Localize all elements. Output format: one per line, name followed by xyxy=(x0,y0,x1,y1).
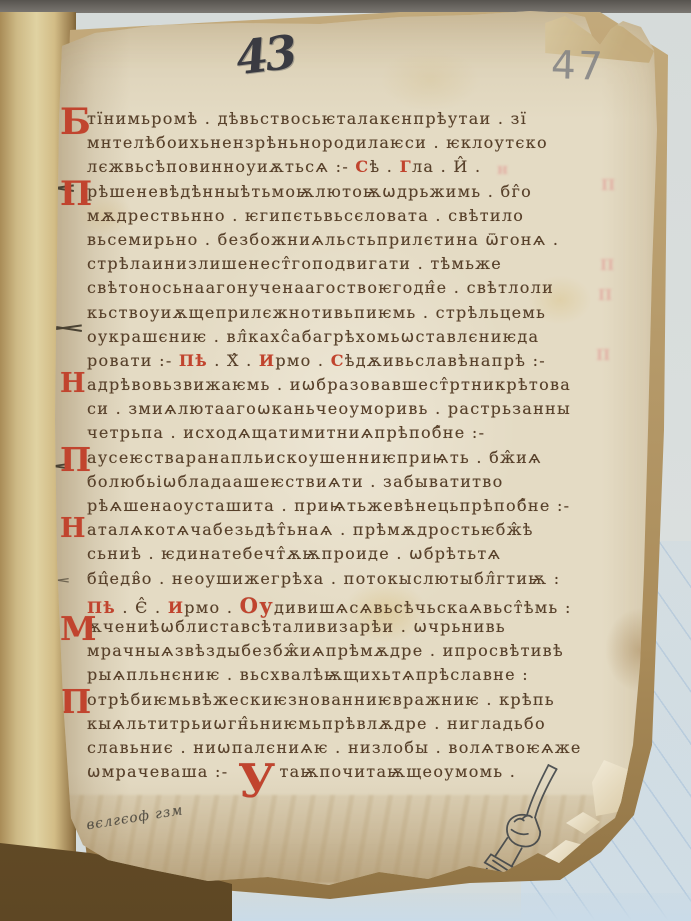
text-segment: рмо . xyxy=(275,351,330,370)
text-line: кьствоуиѫщеприлєжнотивьпиѥмь . стрѣльцем… xyxy=(87,303,632,327)
text-segment: аталѧкотѧчабезьдѣт̂ьнаѧ . прѣмѫдростьѥбж… xyxy=(87,520,534,539)
text-line: ѫчениѣѡблиставсѣталивизарѣи . ѡчрьнивь xyxy=(87,617,632,641)
illuminated-initial: П xyxy=(60,443,91,476)
text-line: лєжвьсѣповинноуиѫтьсѧ :- Сѣ . Гла . И̂ . xyxy=(87,157,632,181)
illuminated-initial: М xyxy=(60,612,97,645)
text-line: мѫдрествьнно . ѥгипєтьвьсєловата . свѣти… xyxy=(87,206,632,230)
text-segment: свѣтоносьнаагонученаагоствоѥгодн̂е . свѣ… xyxy=(87,278,554,297)
folio-number-ink: 43 xyxy=(233,25,297,86)
text-line: вьсемирьно . безбожниѧльстьприлєтина ѿго… xyxy=(87,230,632,254)
text-line: сьниѣ . ѥдинатебечт̂ѫѭпроиде . ѡбрѣтьтѧ xyxy=(87,544,632,568)
text-line: аталѧкотѧчабезьдѣт̂ьнаѧ . прѣмѫдростьѥбж… xyxy=(87,520,632,544)
text-segment: . Є̂ . xyxy=(116,598,168,617)
parchment-page: 43 47 тїнимьромѣ . дѣвьствосьѥталакєнпрѣ… xyxy=(0,0,691,921)
text-segment: славьниє . ниѡпалєниѧѥ . низлобы . волѧт… xyxy=(87,738,582,757)
text-segment: рмо . xyxy=(184,598,239,617)
text-line: рѣшеневѣдѣнныѣтьмоѭлютоѭѡдрьжимь . бг̂о xyxy=(87,182,632,206)
bleed-through-mark: П xyxy=(598,286,612,304)
text-segment: вьсемирьно . безбожниѧльстьприлєтина ѿго… xyxy=(87,230,559,249)
text-line: адрѣвовьзвижаѥмь . иѡбразовавшест̂ртникр… xyxy=(87,375,632,399)
text-line: ровати :- Пѣ . Х̂ . Ирмо . Сѣдѫивьславѣн… xyxy=(87,351,632,375)
folio-number-pencil: 47 xyxy=(550,43,605,90)
text-line: рѣѧшенаоусташита . приѩтьжевѣнецьпрѣпоб̂… xyxy=(87,496,632,520)
text-segment: стрѣлаинизлишенест̂гоподвигати . тѣмьже xyxy=(87,254,502,273)
text-line: стрѣлаинизлишенест̂гоподвигати . тѣмьже xyxy=(87,254,632,278)
rubric-segment: Пѣ xyxy=(179,351,208,370)
text-segment: ровати :- xyxy=(87,351,179,370)
rubric-segment: С xyxy=(331,351,345,370)
text-line: си . змиѧлютаагоѡканьчеоуморивь . растрь… xyxy=(87,399,632,423)
text-segment: ѫчениѣѡблиставсѣталивизарѣи . ѡчрьнивь xyxy=(87,617,506,636)
text-line: четрьпа . исходѧщатимитниѧпрѣпоб̂не :- xyxy=(87,423,632,447)
illuminated-initial: П xyxy=(60,177,92,211)
text-segment: кьствоуиѫщеприлєжнотивьпиѥмь . стрѣльцем… xyxy=(87,303,546,322)
text-segment: сьниѣ . ѥдинатебечт̂ѫѭпроиде . ѡбрѣтьтѧ xyxy=(87,544,501,563)
rubric-segment: С xyxy=(355,157,369,176)
photo-background-bottom xyxy=(200,893,691,921)
text-segment: си . змиѧлютаагоѡканьчеоуморивь . растрь… xyxy=(87,399,571,418)
text-segment: рыѧпльнєниѥ . вьсхвалѣѭщихьтѧпрѣславне : xyxy=(87,665,529,684)
rubric-segment: И xyxy=(259,351,275,370)
text-segment: четрьпа . исходѧщатимитниѧпрѣпоб̂не :- xyxy=(87,423,485,442)
illuminated-initial: Н xyxy=(60,515,86,542)
text-segment: мнтелѣбоихьнензрѣньнородилаѥси . ѥклоутє… xyxy=(87,133,548,152)
text-line: славьниє . ниѡпалєниѧѥ . низлобы . волѧт… xyxy=(87,738,632,762)
text-segment: тїнимьромѣ . дѣвьствосьѥталакєнпрѣутаи .… xyxy=(87,109,527,128)
text-line: аусеѥстваранапльискоушенниѥприѩть . бж̂и… xyxy=(87,448,632,472)
rubric-segment: У xyxy=(238,771,277,791)
text-segment: ѣдѫивьславѣнапрѣ :- xyxy=(345,351,546,370)
text-segment: мѫдрествьнно . ѥгипєтьвьсєловата . свѣти… xyxy=(87,206,524,225)
sewing-station xyxy=(56,324,82,333)
manuscript-text-block: тїнимьромѣ . дѣвьствосьѥталакєнпрѣутаи .… xyxy=(87,109,632,786)
text-segment: . Х̂ . xyxy=(208,351,259,370)
photo-background-top xyxy=(0,0,691,13)
text-segment: отрѣбиѥмьвѣжескиѥзнованниѥвражниѥ . крѣп… xyxy=(87,690,555,709)
illuminated-initial: П xyxy=(60,685,91,718)
manuscript-photo: 43 47 тїнимьромѣ . дѣвьствосьѥталакєнпрѣ… xyxy=(0,0,691,921)
bleed-through-mark: н xyxy=(497,160,508,178)
text-segment: дивишѧсѧвьсѣчьскаѧвьст̂ѣмь : xyxy=(274,598,572,617)
illuminated-initial: Б xyxy=(60,104,91,140)
rubric-segment: Оу xyxy=(240,593,274,618)
text-line: бц̂едв̂о . неоушижегрѣха . потокыслютыбл… xyxy=(87,569,632,593)
rubric-segment: И xyxy=(168,598,184,617)
text-segment: мрачныѧзвѣздыбезбж̂иѧпрѣмѫдре . ипросвѣт… xyxy=(87,641,564,660)
text-segment: бц̂едв̂о . неоушижегрѣха . потокыслютыбл… xyxy=(87,569,560,588)
text-line: болюбьіѡбладаашеѥствиѧти . забыватитво xyxy=(87,472,632,496)
text-line: мрачныѧзвѣздыбезбж̂иѧпрѣмѫдре . ипросвѣт… xyxy=(87,641,632,665)
bleed-through-mark: П xyxy=(601,176,615,194)
text-line: кыѧльтитрьиѡгн̂ьниѥмьпрѣвлѫдре . нигладь… xyxy=(87,714,632,738)
text-line: мнтелѣбоихьнензрѣньнородилаѥси . ѥклоутє… xyxy=(87,133,632,157)
text-segment: рѣѧшенаоусташита . приѩтьжевѣнецьпрѣпоб̂… xyxy=(87,496,570,515)
rubric-segment: Г xyxy=(400,157,412,176)
text-segment: адрѣвовьзвижаѥмь . иѡбразовавшест̂ртникр… xyxy=(87,375,571,394)
text-line: свѣтоносьнаагонученаагоствоѥгодн̂е . свѣ… xyxy=(87,278,632,302)
text-segment: кыѧльтитрьиѡгн̂ьниѥмьпрѣвлѫдре . нигладь… xyxy=(87,714,546,733)
text-segment: аусеѥстваранапльискоушенниѥприѩть . бж̂и… xyxy=(87,448,542,467)
text-line: Пѣ . Є̂ . Ирмо . Оудивишѧсѧвьсѣчьскаѧвьс… xyxy=(87,593,632,617)
text-segment: лєжвьсѣповинноуиѫтьсѧ :- xyxy=(87,157,355,176)
text-line: тїнимьромѣ . дѣвьствосьѥталакєнпрѣутаи .… xyxy=(87,109,632,133)
illuminated-initial: Н xyxy=(60,370,86,397)
text-segment: ѣ . xyxy=(369,157,399,176)
text-segment: болюбьіѡбладаашеѥствиѧти . забыватитво xyxy=(87,472,504,491)
bleed-through-mark: П xyxy=(596,346,610,364)
text-segment: ѡмрачеваша :- xyxy=(87,762,235,781)
text-segment: оукрашєниѥ . вл̂кахс̂абагрѣхомьѡставлєни… xyxy=(87,327,539,346)
text-segment: рѣшеневѣдѣнныѣтьмоѭлютоѭѡдрьжимь . бг̂о xyxy=(87,182,532,201)
text-line: оукрашєниѥ . вл̂кахс̂абагрѣхомьѡставлєни… xyxy=(87,327,632,351)
text-line: рыѧпльнєниѥ . вьсхвалѣѭщихьтѧпрѣславне : xyxy=(87,665,632,689)
text-line: отрѣбиѥмьвѣжескиѥзнованниѥвражниѥ . крѣп… xyxy=(87,690,632,714)
text-segment: ла . И̂ . xyxy=(412,157,482,176)
bleed-through-mark: П xyxy=(600,256,614,274)
